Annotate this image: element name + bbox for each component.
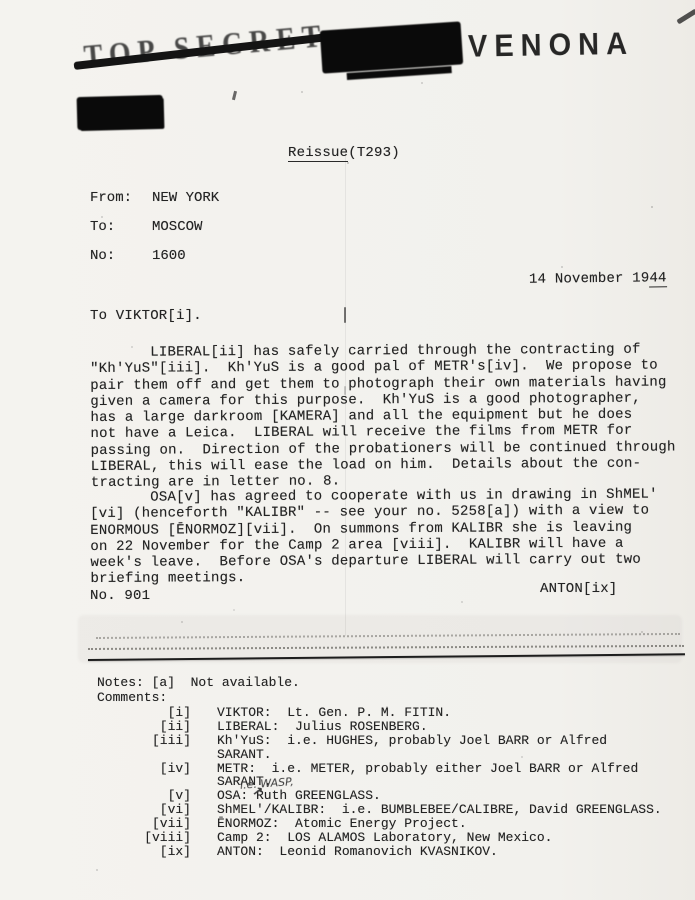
comment-text: Kh'YuS: i.e. HUGHES, probably Joel BARR …: [217, 734, 607, 748]
handwritten-caret-mark: ↗: [251, 784, 264, 800]
comment-text: Camp 2: LOS ALAMOS Laboratory, New Mexic…: [217, 831, 552, 845]
crease-mark: [344, 307, 346, 323]
comment-marker: [ix]: [97, 845, 191, 859]
comment-row: [ii]LIBERAL: Julius ROSENBERG.: [97, 720, 662, 734]
comment-row: [iii]Kh'YuS: i.e. HUGHES, probably Joel …: [97, 734, 662, 748]
header-field-no: No:1600: [90, 248, 186, 264]
crease-mark: [344, 386, 346, 395]
comment-marker: [iv]: [97, 762, 191, 776]
comment-marker: [iii]: [97, 734, 191, 748]
comment-text: ShMEL'/KALIBR: i.e. BUMBLEBEE/CALIBRE, D…: [217, 803, 662, 817]
comment-marker: [i]: [97, 706, 191, 720]
comment-marker: [vii]: [97, 817, 191, 831]
redaction-box: [320, 21, 464, 73]
comment-text: ĒNORMOZ: Atomic Energy Project.: [217, 817, 467, 831]
comment-marker: [ii]: [97, 720, 191, 734]
comment-text: SARANT.: [217, 748, 272, 762]
comment-row: [viii]Camp 2: LOS ALAMOS Laboratory, New…: [97, 831, 662, 845]
comment-text: ANTON: Leonid Romanovich KVASNIKOV.: [217, 845, 498, 859]
comment-text: VIKTOR: Lt. Gen. P. M. FITIN.: [217, 706, 451, 720]
paragraph-1: LIBERAL[ii] has safely carried through t…: [90, 341, 676, 491]
comment-marker: [97, 775, 191, 789]
date-underlined-digits: 44: [649, 270, 666, 287]
from-label: From:: [90, 190, 152, 206]
comment-row: SARANT.: [97, 748, 662, 762]
comments-label: Comments:: [97, 691, 167, 705]
paragraph-2: OSA[v] has agreed to cooperate with us i…: [90, 487, 658, 588]
header-field-from: From:NEW YORK: [90, 190, 219, 206]
reference-number: No. 901: [90, 588, 150, 604]
scan-noise: [0, 0, 2, 2]
comment-marker: [97, 748, 191, 762]
comment-row: [i]VIKTOR: Lt. Gen. P. M. FITIN.: [97, 706, 662, 720]
comment-row: SARANT.: [97, 775, 662, 789]
no-label: No:: [90, 248, 152, 264]
venona-stamp: VENONA: [468, 27, 635, 66]
ink-mark: [232, 91, 237, 100]
to-label: To:: [90, 219, 152, 235]
reissue-word: Reissue: [288, 145, 348, 162]
comment-marker: [viii]: [97, 831, 191, 845]
redaction-box: [77, 95, 164, 130]
comment-row: [v]OSA: Ruth GREENGLASS.: [97, 789, 662, 803]
comment-row: [vii]ĒNORMOZ: Atomic Energy Project.: [97, 817, 662, 831]
comment-marker: [vi]: [97, 803, 191, 817]
comments-list: [i]VIKTOR: Lt. Gen. P. M. FITIN. [ii]LIB…: [97, 706, 662, 859]
header-field-to: To:MOSCOW: [90, 219, 202, 235]
date-line: 14 November 1944: [529, 270, 667, 287]
comment-marker: [v]: [97, 789, 191, 803]
date-text: 14 November 19: [529, 270, 650, 287]
signature: ANTON[ix]: [540, 581, 617, 597]
comment-text: LIBERAL: Julius ROSENBERG.: [217, 720, 428, 734]
comment-row: [vi]ShMEL'/KALIBR: i.e. BUMBLEBEE/CALIBR…: [97, 803, 662, 817]
comment-row: [ix]ANTON: Leonid Romanovich KVASNIKOV.: [97, 845, 662, 859]
scan-edge-artifact: [676, 9, 695, 25]
scanned-document-page: TOP SECRET VENONA Reissue(T293) From:NEW…: [0, 0, 695, 900]
reissue-line: Reissue(T293): [288, 145, 400, 161]
comment-text: METR: i.e. METER, probably either Joel B…: [217, 762, 638, 776]
comment-row: [iv]METR: i.e. METER, probably either Jo…: [97, 762, 662, 776]
notes-line: Notes: [a] Not available.: [97, 676, 300, 690]
no-value: 1600: [152, 248, 186, 264]
to-value: MOSCOW: [152, 219, 202, 235]
reissue-number: (T293): [348, 145, 400, 161]
from-value: NEW YORK: [152, 190, 219, 206]
salutation: To VIKTOR[i].: [90, 308, 202, 324]
